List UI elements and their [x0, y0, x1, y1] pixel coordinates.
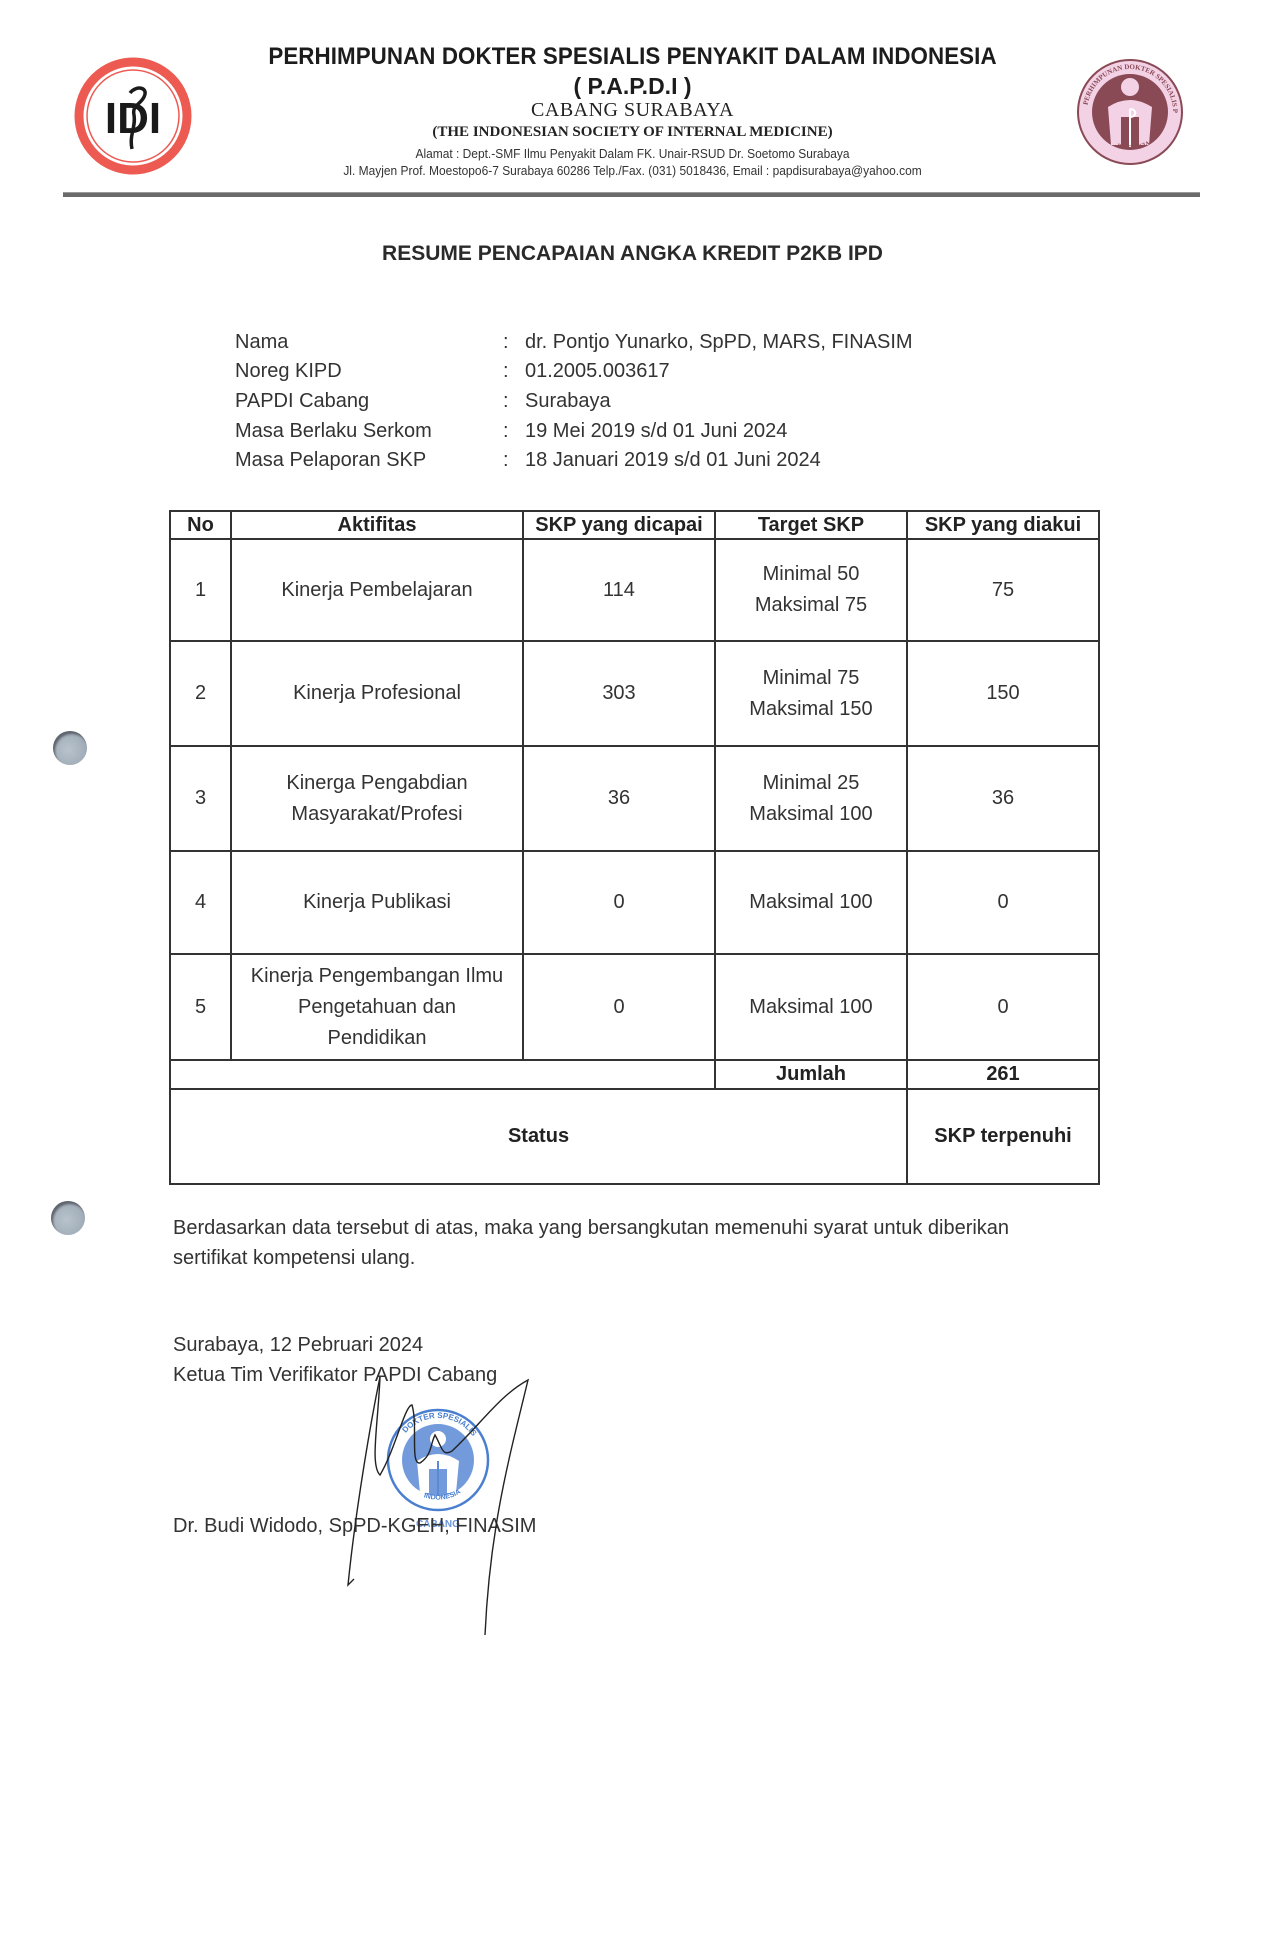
- cell-target-line: Maksimal 75: [720, 590, 902, 621]
- info-label: Nama: [235, 331, 288, 354]
- cell-activity-line: Kinerja Publikasi: [236, 887, 518, 918]
- info-value: 19 Mei 2019 s/d 01 Juni 2024: [525, 420, 787, 443]
- cell-achieved: 0: [523, 954, 715, 1060]
- info-colon: :: [503, 390, 509, 413]
- cell-achieved: 36: [523, 746, 715, 851]
- info-label: Noreg KIPD: [235, 360, 342, 383]
- place-date: Surabaya, 12 Pebruari 2024: [173, 1334, 423, 1357]
- cell-target: Minimal 75Maksimal 150: [715, 641, 907, 746]
- cell-no: 4: [170, 851, 231, 954]
- cell-target: Maksimal 100: [715, 851, 907, 954]
- cell-activity: Kinerja Pengembangan IlmuPengetahuan dan…: [231, 954, 523, 1060]
- cell-activity: Kinerja Publikasi: [231, 851, 523, 954]
- cell-activity-line: Kinerga Pengabdian: [236, 768, 518, 799]
- address-line-1: Alamat : Dept.-SMF Ilmu Penyakit Dalam F…: [51, 146, 1215, 161]
- conclusion-line-2: sertifikat kompetensi ulang.: [173, 1247, 415, 1270]
- cell-no: 2: [170, 641, 231, 746]
- signature-scribble: [340, 1365, 560, 1635]
- cell-activity-line: Kinerja Profesional: [236, 678, 518, 709]
- punch-hole: [53, 731, 87, 765]
- header-skp-diakui: SKP yang diakui: [907, 511, 1099, 539]
- cell-recognized: 0: [907, 954, 1099, 1060]
- total-label: Jumlah: [715, 1060, 907, 1089]
- status-label: Status: [170, 1089, 907, 1184]
- cell-activity-line: Pengetahuan dan: [236, 992, 518, 1023]
- cell-achieved: 0: [523, 851, 715, 954]
- cell-no: 3: [170, 746, 231, 851]
- punch-hole: [51, 1201, 85, 1235]
- total-value: 261: [907, 1060, 1099, 1089]
- cell-target: Minimal 25Maksimal 100: [715, 746, 907, 851]
- cell-target-line: Maksimal 100: [720, 992, 902, 1023]
- table-row: 2Kinerja Profesional303Minimal 75Maksima…: [170, 641, 1099, 746]
- info-value: Surabaya: [525, 390, 611, 413]
- org-acronym: ( P.A.P.D.I ): [0, 73, 1265, 100]
- conclusion-line-1: Berdasarkan data tersebut di atas, maka …: [173, 1217, 1009, 1240]
- cell-target-line: Minimal 25: [720, 768, 902, 799]
- branch-name: CABANG SURABAYA: [0, 99, 1265, 122]
- status-value: SKP terpenuhi: [907, 1089, 1099, 1184]
- header-aktifitas: Aktifitas: [231, 511, 523, 539]
- info-colon: :: [503, 420, 509, 443]
- total-row: Jumlah 261: [170, 1060, 1099, 1089]
- info-label: PAPDI Cabang: [235, 390, 369, 413]
- cell-achieved: 303: [523, 641, 715, 746]
- info-value: dr. Pontjo Yunarko, SpPD, MARS, FINASIM: [525, 331, 913, 354]
- cell-activity-line: Pendidikan: [236, 1023, 518, 1054]
- cell-activity-line: Kinerja Pengembangan Ilmu: [236, 961, 518, 992]
- cell-achieved: 114: [523, 539, 715, 641]
- cell-recognized: 0: [907, 851, 1099, 954]
- cell-target-line: Minimal 50: [720, 559, 902, 590]
- cell-target-line: Maksimal 100: [720, 799, 902, 830]
- cell-no: 5: [170, 954, 231, 1060]
- table-row: 5Kinerja Pengembangan IlmuPengetahuan da…: [170, 954, 1099, 1060]
- cell-target: Maksimal 100: [715, 954, 907, 1060]
- skp-table: No Aktifitas SKP yang dicapai Target SKP…: [169, 510, 1100, 1185]
- document-title: RESUME PENCAPAIAN ANGKA KREDIT P2KB IPD: [0, 242, 1265, 266]
- english-name: (THE INDONESIAN SOCIETY OF INTERNAL MEDI…: [0, 124, 1265, 141]
- table-header-row: No Aktifitas SKP yang dicapai Target SKP…: [170, 511, 1099, 539]
- cell-target-line: Maksimal 150: [720, 694, 902, 725]
- cell-target-line: Minimal 75: [720, 663, 902, 694]
- cell-recognized: 150: [907, 641, 1099, 746]
- header-skp-dicapai: SKP yang dicapai: [523, 511, 715, 539]
- cell-activity: Kinerga PengabdianMasyarakat/Profesi: [231, 746, 523, 851]
- cell-activity-line: Kinerja Pembelajaran: [236, 575, 518, 606]
- cell-recognized: 36: [907, 746, 1099, 851]
- status-row: Status SKP terpenuhi: [170, 1089, 1099, 1184]
- cell-recognized: 75: [907, 539, 1099, 641]
- info-label: Masa Berlaku Serkom: [235, 420, 432, 443]
- info-value: 18 Januari 2019 s/d 01 Juni 2024: [525, 449, 821, 472]
- cell-no: 1: [170, 539, 231, 641]
- cell-target: Minimal 50Maksimal 75: [715, 539, 907, 641]
- cell-activity: Kinerja Pembelajaran: [231, 539, 523, 641]
- letterhead-divider: [63, 192, 1200, 197]
- table-row: 1Kinerja Pembelajaran114Minimal 50Maksim…: [170, 539, 1099, 641]
- cell-activity: Kinerja Profesional: [231, 641, 523, 746]
- info-value: 01.2005.003617: [525, 360, 670, 383]
- cell-activity-line: Masyarakat/Profesi: [236, 799, 518, 830]
- cell-target-line: Maksimal 100: [720, 887, 902, 918]
- header-no: No: [170, 511, 231, 539]
- info-colon: :: [503, 449, 509, 472]
- table-row: 4Kinerja Publikasi0Maksimal 1000: [170, 851, 1099, 954]
- info-colon: :: [503, 360, 509, 383]
- info-label: Masa Pelaporan SKP: [235, 449, 426, 472]
- header-target-skp: Target SKP: [715, 511, 907, 539]
- info-colon: :: [503, 331, 509, 354]
- table-row: 3Kinerga PengabdianMasyarakat/Profesi36M…: [170, 746, 1099, 851]
- address-line-2: Jl. Mayjen Prof. Moestopo6-7 Surabaya 60…: [51, 163, 1215, 178]
- total-spacer: [170, 1060, 715, 1089]
- org-name: PERHIMPUNAN DOKTER SPESIALIS PENYAKIT DA…: [44, 43, 1220, 71]
